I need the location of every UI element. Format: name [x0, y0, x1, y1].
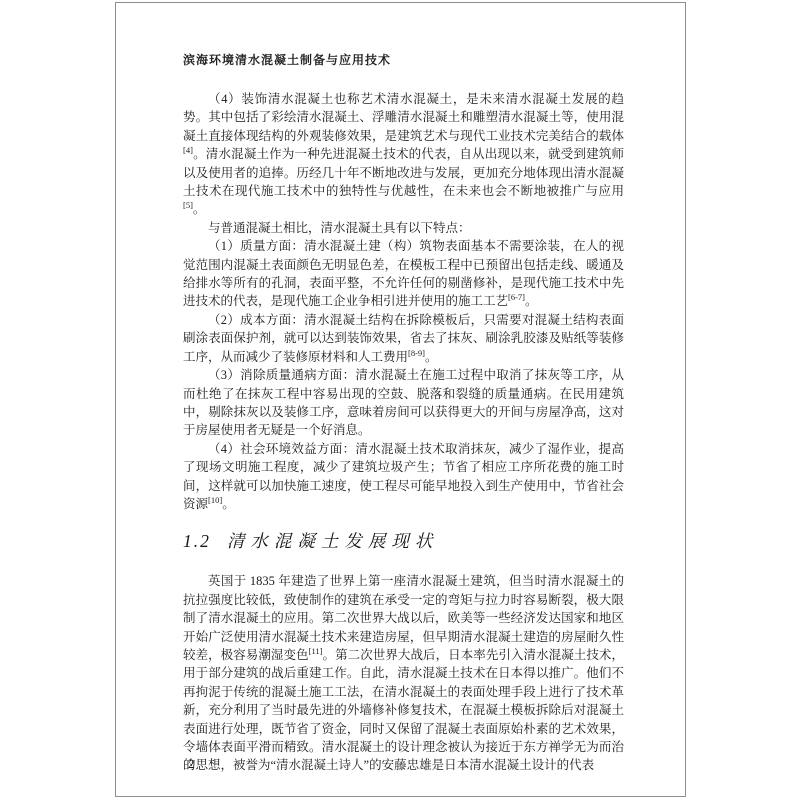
paragraph: 英国于 1835 年建造了世界上第一座清水混凝土建筑，但当时清水混凝土的抗拉强度…: [183, 572, 624, 774]
body-paragraphs-top: （4）装饰清水混凝土也称艺术清水混凝土，是未来清水混凝土发展的趋势。其中包括了彩…: [183, 90, 624, 513]
paragraph: （2）成本方面：清水混凝土结构在拆除模板后，只需要对混凝土结构表面刷涂表面保护剂…: [183, 311, 624, 366]
paragraph: 与普通混凝土相比，清水混凝土具有以下特点：: [183, 219, 624, 237]
section-number: 1.2: [183, 531, 211, 551]
paragraph: （4）社会环境效益方面：清水混凝土技术取消抹灰，减少了湿作业，提高了现场文明施工…: [183, 440, 624, 514]
section-heading: 1.2清水混凝土发展现状: [183, 528, 624, 554]
paragraph: （1）质量方面：清水混凝土建（构）筑物表面基本不需要涂装，在人的视觉范围内混凝土…: [183, 237, 624, 311]
paragraph: （3）消除质量通病方面：清水混凝土在施工过程中取消了抹灰等工序，从而杜绝了在抹灰…: [183, 366, 624, 440]
section-title: 清水混凝土发展现状: [227, 531, 439, 551]
citation-ref: [11]: [309, 646, 323, 656]
citation-ref: [4]: [183, 145, 193, 155]
page-number: 2: [188, 757, 194, 772]
book-page: 滨海环境清水混凝土制备与应用技术 （4）装饰清水混凝土也称艺术清水混凝土，是未来…: [115, 2, 686, 797]
body-paragraphs-bottom: 英国于 1835 年建造了世界上第一座清水混凝土建筑，但当时清水混凝土的抗拉强度…: [183, 572, 624, 774]
citation-ref: [8-9]: [408, 348, 425, 358]
page-content: 滨海环境清水混凝土制备与应用技术 （4）装饰清水混凝土也称艺术清水混凝土，是未来…: [183, 53, 624, 775]
citation-ref: [5]: [183, 200, 193, 210]
citation-ref: [6-7]: [508, 292, 525, 302]
paragraph: （4）装饰清水混凝土也称艺术清水混凝土，是未来清水混凝土发展的趋势。其中包括了彩…: [183, 90, 624, 219]
citation-ref: [10]: [208, 495, 222, 505]
running-header: 滨海环境清水混凝土制备与应用技术: [183, 53, 624, 68]
